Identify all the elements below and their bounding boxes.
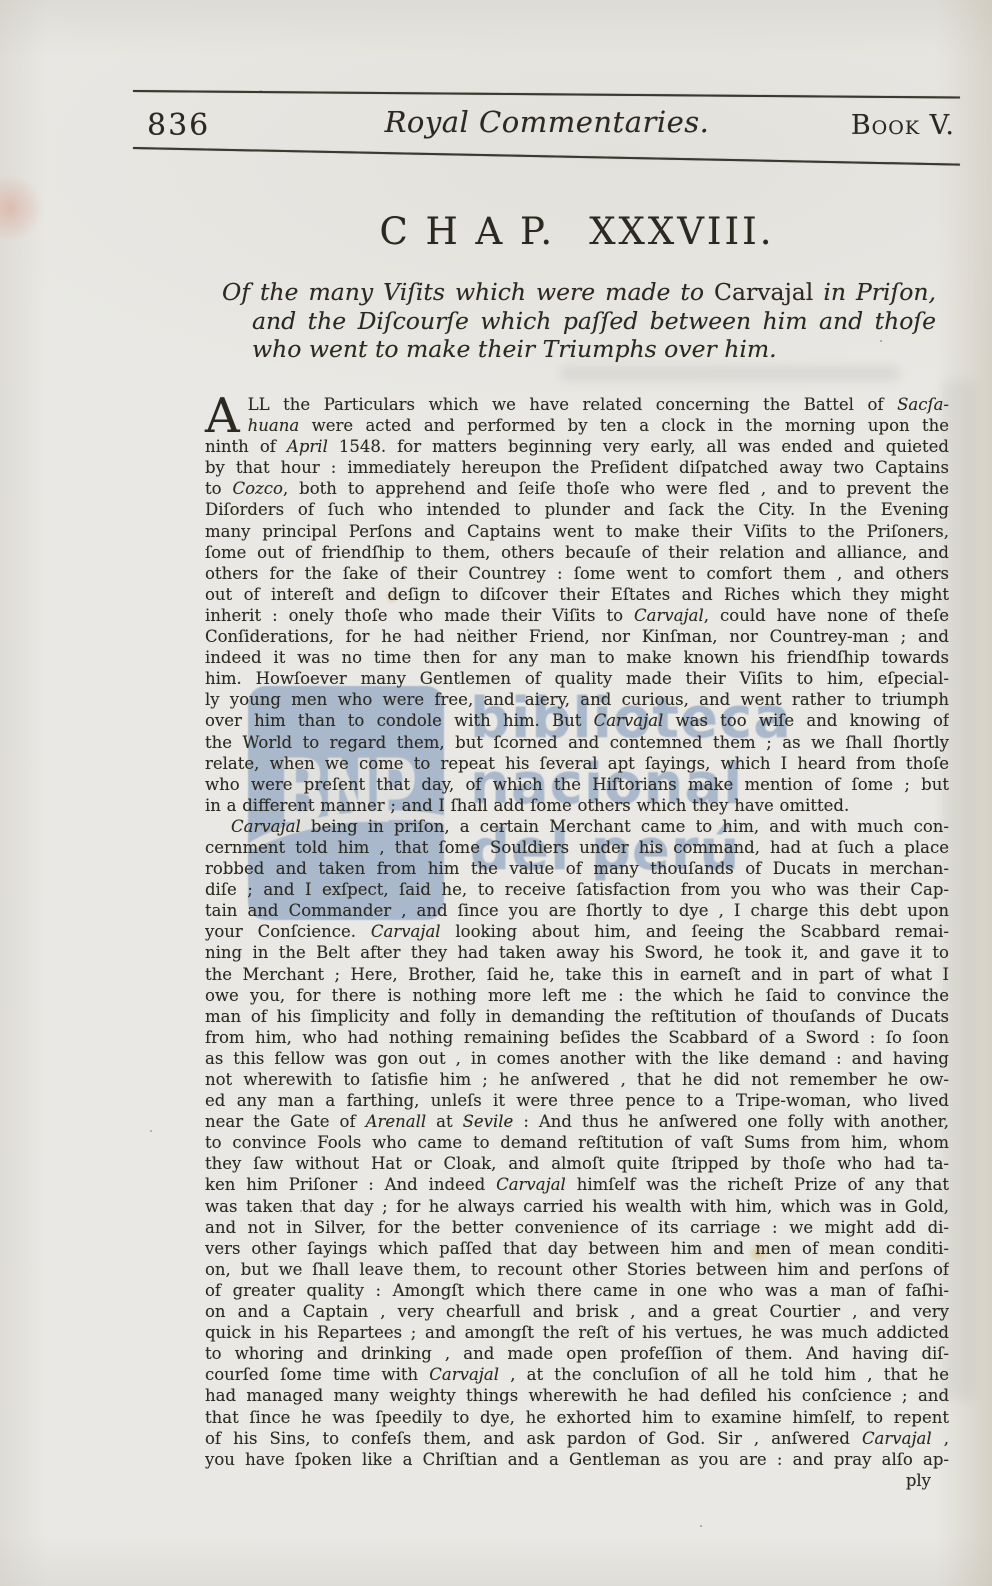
text-line: of greater quality : Amongſt which there… — [205, 1280, 949, 1301]
running-title: Royal Commentaries. — [133, 105, 961, 139]
text-line: near the Gate of Arenall at Sevile : And… — [205, 1111, 949, 1132]
text-line: who were preſent that day, of which the … — [205, 774, 949, 795]
text-line: others for the ſake of their Countrey : … — [205, 563, 949, 584]
text-line: courſed ſome time with Carvajal , at the… — [205, 1364, 949, 1385]
chapter-subtitle: Of the many Viſits which were made to Ca… — [222, 278, 936, 364]
text-line: the Merchant ; Here, Brother, ſaid he, t… — [205, 964, 949, 985]
chapter-word: C H A P. — [379, 210, 555, 253]
text-line: and not in Silver, for the better conven… — [205, 1217, 949, 1238]
book-word: Book — [851, 110, 920, 141]
text-line: relate, when we come to repeat his ſever… — [205, 753, 949, 774]
text-line: who went to make their Triumphs over him… — [252, 335, 936, 364]
show-through-smudge — [560, 366, 900, 381]
header-rule-top — [133, 90, 960, 99]
text-line: out of intereſt and deſign to diſcover t… — [205, 584, 949, 605]
body-text: A LL the Particulars which we have relat… — [205, 394, 949, 1491]
text-line: of his Sins, to confeſs them, and ask pa… — [205, 1428, 949, 1449]
text-line: on and a Captain , very chearfull and br… — [205, 1301, 949, 1322]
text-line: ly young men who were free, and aiery, a… — [205, 689, 949, 710]
text-line: over him than to condole with him. But C… — [205, 710, 949, 731]
text-line: was taken that day ; for he always carri… — [205, 1196, 949, 1217]
text-line: Carvajal being in priſon, a certain Merc… — [205, 816, 949, 837]
chapter-heading: C H A P.XXXVIII. — [205, 210, 949, 253]
text-line: the World to regard them, but ſcorned an… — [205, 732, 949, 753]
text-line: robbed and taken from him the value of m… — [205, 858, 949, 879]
text-line: huana were acted and performed by ten a … — [248, 415, 949, 436]
book-page-scan: BNP biblioteca nacional del perú 836 Roy… — [0, 0, 992, 1586]
text-line: you have ſpoken like a Chriſtian and a G… — [205, 1449, 949, 1470]
text-line: ſome out of friendſhip to them, others b… — [205, 542, 949, 563]
text-line: inherit : onely thoſe who made their Viſ… — [205, 605, 949, 626]
text-line: indeed it was no time then for any man t… — [205, 647, 949, 668]
text-line: quick in his Repartees ; and amongſt the… — [205, 1322, 949, 1343]
text-line: many principal Perſons and Captains went… — [205, 521, 949, 542]
drop-cap: A — [205, 394, 248, 436]
text-line: Conſiderations, for he had neither Frien… — [205, 626, 949, 647]
chapter-numeral: XXXVIII. — [589, 210, 774, 253]
text-line: on, but we ſhall leave them, to recount … — [205, 1259, 949, 1280]
text-line: him. Howſoever many Gentlemen of quality… — [205, 668, 949, 689]
text-line: and the Diſcourſe which paſſed between h… — [252, 307, 936, 336]
paragraph: LL the Particulars which we have related… — [205, 394, 949, 816]
text-line: owe you, for there is nothing more left … — [205, 985, 949, 1006]
text-line: as this fellow was gon out , in comes an… — [205, 1048, 949, 1069]
book-label: Book V. — [851, 110, 955, 141]
catchword: ply — [205, 1470, 949, 1491]
text-line: vers other ſayings which paſſed that day… — [205, 1238, 949, 1259]
text-line: LL the Particulars which we have related… — [248, 394, 949, 415]
text-line: by that hour : immediately hereupon the … — [205, 457, 949, 478]
text-line: had managed many weighty things wherewit… — [205, 1385, 949, 1406]
text-line: ninth of April 1548. for matters beginni… — [205, 436, 949, 457]
text-line: from him, who had nothing remaining beſi… — [205, 1027, 949, 1048]
text-line: they ſaw without Hat or Cloak, and almoſ… — [205, 1153, 949, 1174]
paragraph: Carvajal being in priſon, a certain Merc… — [205, 816, 949, 1470]
text-line: cernment told him , that ſome Souldiers … — [205, 837, 949, 858]
text-line: man of his ſimplicity and folly in deman… — [205, 1006, 949, 1027]
text-line: to whoring and drinking , and made open … — [205, 1343, 949, 1364]
text-line: ning in the Belt after they had taken aw… — [205, 942, 949, 963]
text-line: Diſorders of ſuch who intended to plunde… — [205, 499, 949, 520]
text-line: tain and Commander , and ſince you are ſ… — [205, 900, 949, 921]
text-line: Of the many Viſits which were made to Ca… — [222, 278, 936, 307]
text-line: to convince Fools who came to demand reſ… — [205, 1132, 949, 1153]
text-line: to Cozco, both to apprehend and ſeiſe th… — [205, 478, 949, 499]
text-line: ed any man a farthing, unleſs it were th… — [205, 1090, 949, 1111]
text-line: not wherewith to ſatisfie him ; he anſwe… — [205, 1069, 949, 1090]
text-line: diſe ; and I exſpect, ſaid he, to receiv… — [205, 879, 949, 900]
text-line: your Conſcience. Carvajal looking about … — [205, 921, 949, 942]
text-line: in a different manner ; and I ſhall add … — [205, 795, 949, 816]
text-line: ken him Priſoner : And indeed Carvajal h… — [205, 1174, 949, 1195]
book-numeral: V. — [930, 110, 955, 141]
text-line: that ſince he was ſpeedily to dye, he ex… — [205, 1407, 949, 1428]
